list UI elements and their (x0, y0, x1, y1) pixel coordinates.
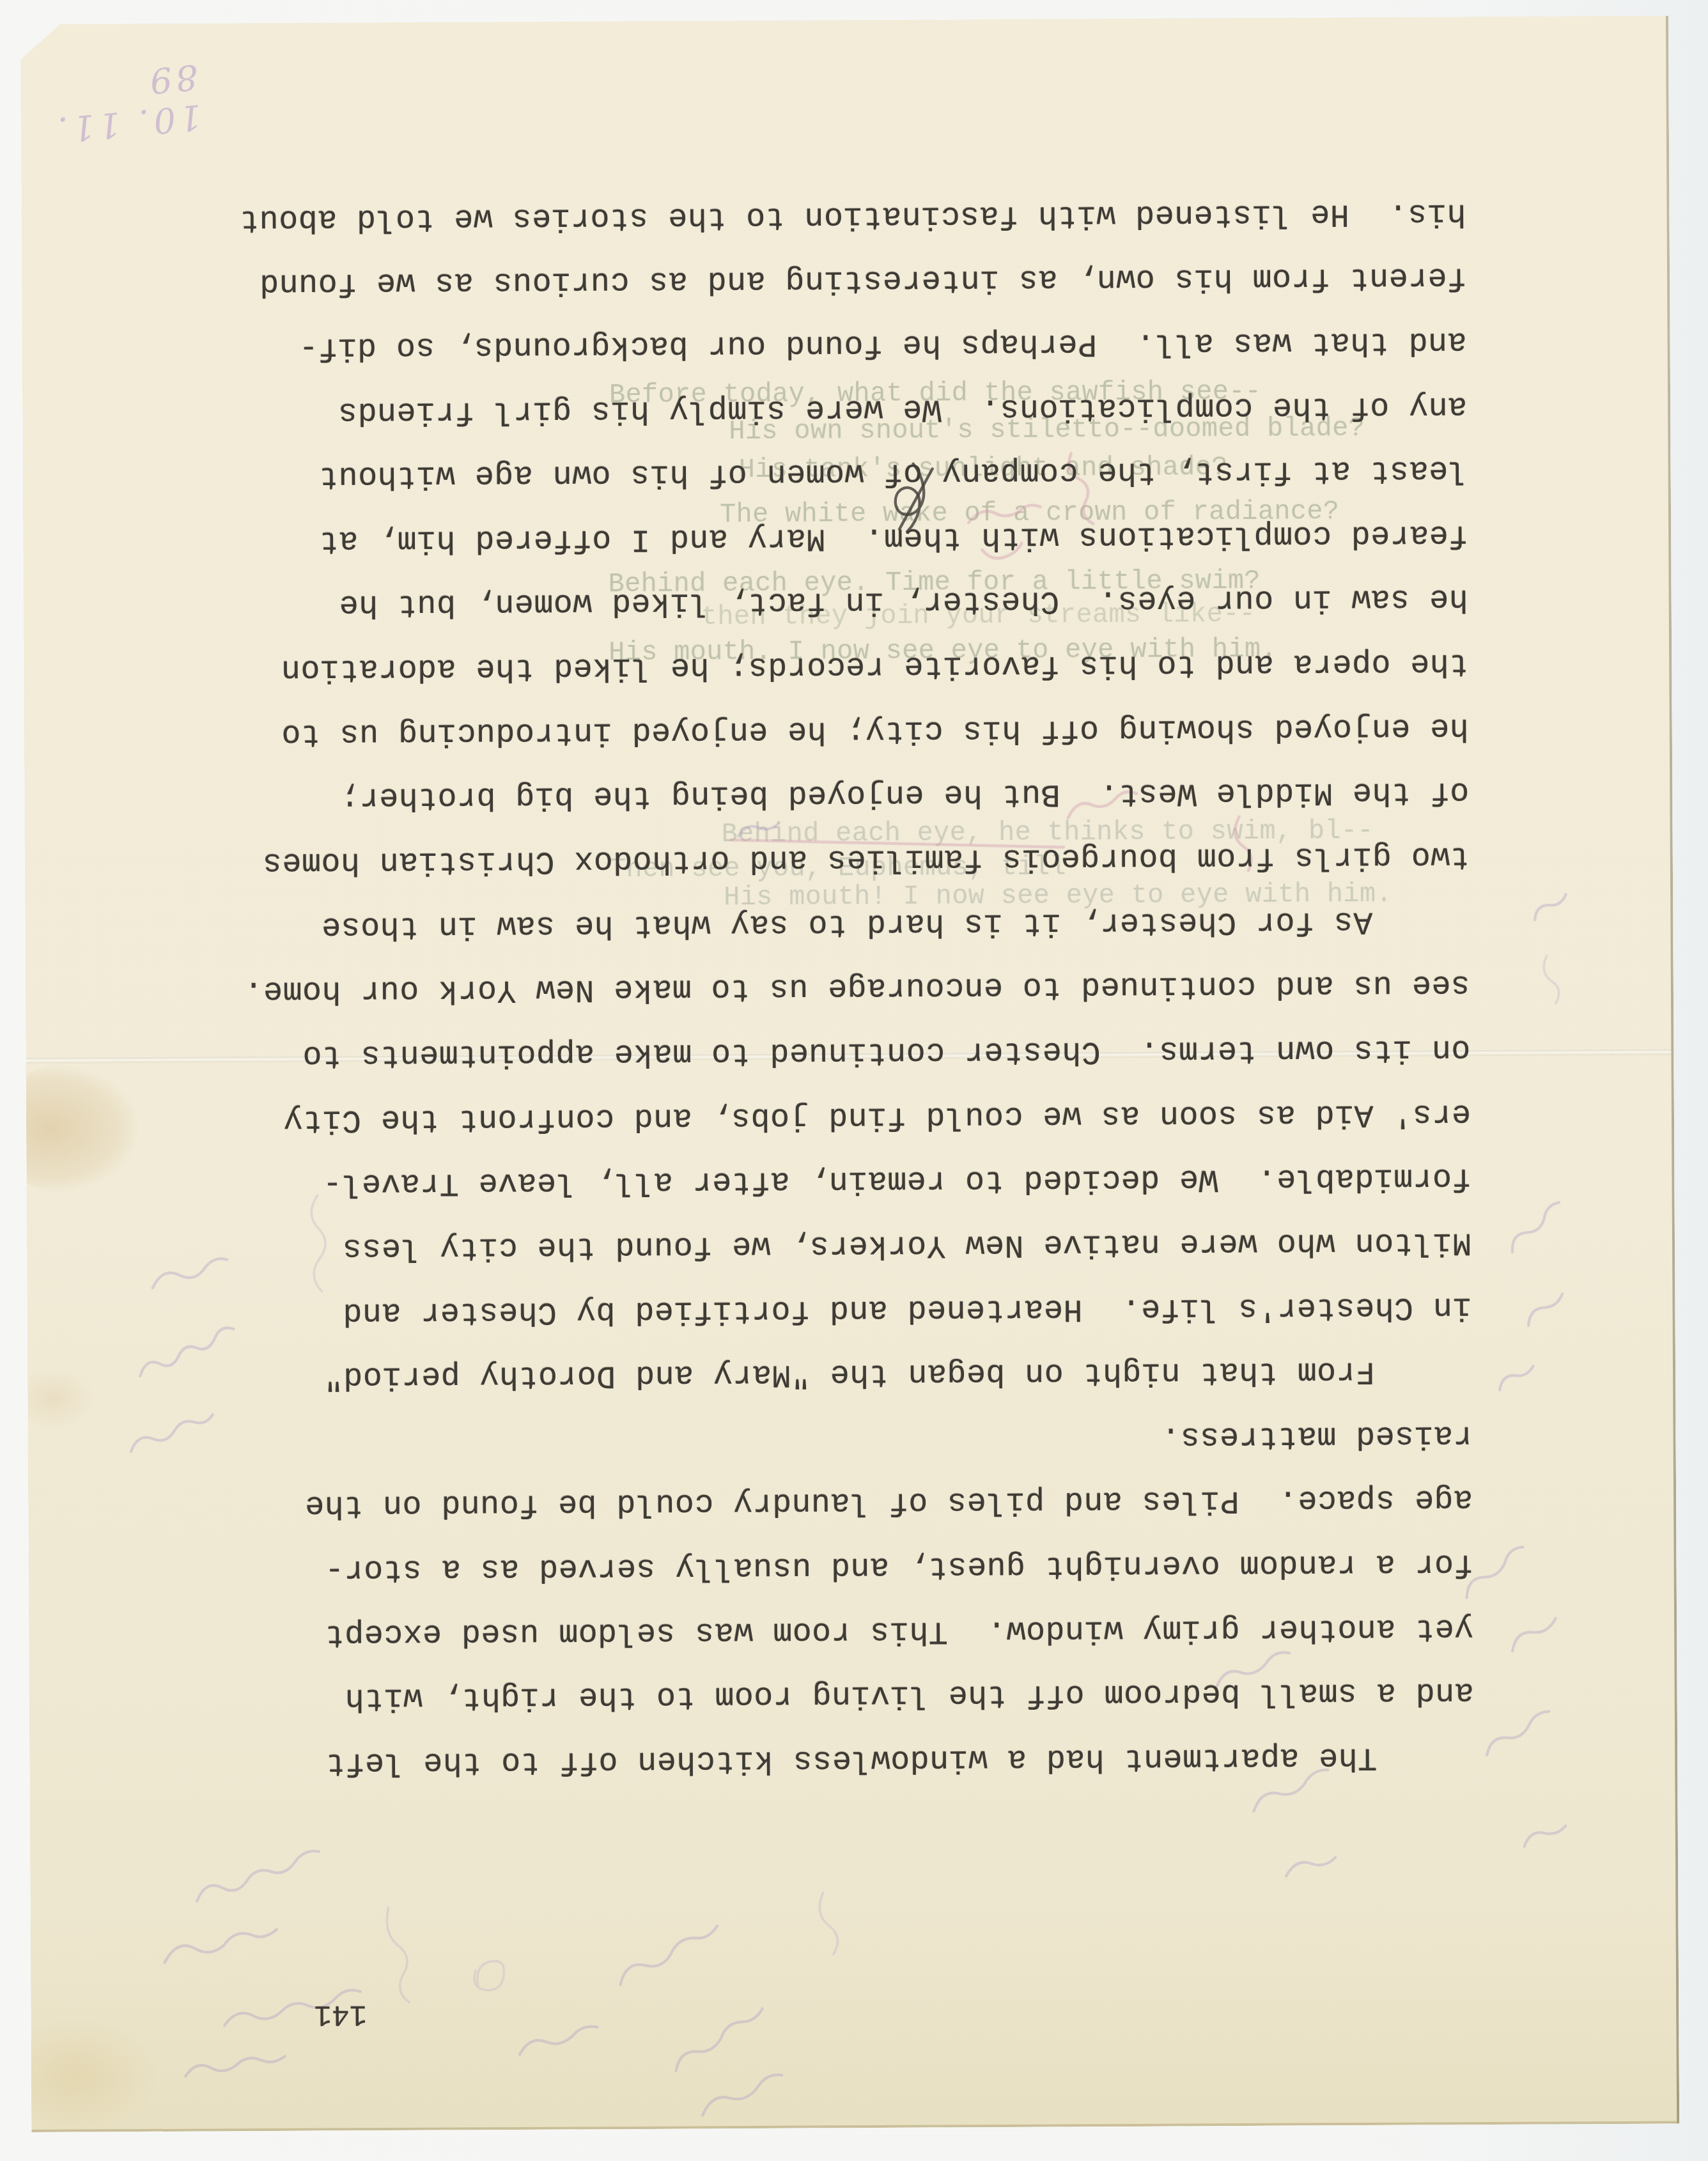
typescript-line: As for Chester, it is hard to say what h… (217, 888, 1470, 959)
typescript-page: Before today, what did the sawfish see--… (20, 16, 1679, 2132)
scanned-document: { "document": { "page_number": "141", "d… (0, 0, 1708, 2161)
typescript-line: formidable. We decided to remain, after … (218, 1145, 1471, 1216)
typescript-line: his. He listened with fascination to the… (213, 180, 1466, 251)
typescript-line: ers' Aid as soon as we could find jobs, … (218, 1081, 1471, 1152)
typescript-line: and a small bedroom off the living room … (221, 1660, 1474, 1731)
pen-circled-word: of (883, 440, 922, 505)
typescript-text: least at first, the company (922, 452, 1468, 491)
typescript-line: two girls from bourgeois families and or… (217, 824, 1470, 895)
typescript-line: From that night on began the "Mary and D… (219, 1338, 1473, 1409)
typescript-line: in Chester's life. Heartened and fortifi… (219, 1274, 1472, 1345)
typescript-line: see us and continued to encourage us to … (217, 952, 1471, 1023)
typescript-line: on its own terms. Chester continued to m… (217, 1016, 1471, 1087)
date-annotation: 10. 11. 89 (17, 57, 203, 153)
typescript-line: any of the complications. We were simply… (214, 373, 1468, 444)
typescript-line: ferent from his own, as interesting and … (213, 245, 1467, 316)
typescript-line: yet another grimy window. This room was … (221, 1595, 1474, 1666)
typescript-line: he saw in our eyes. Chester, in fact, li… (215, 566, 1468, 637)
typescript-line: The apartment had a windowless kitchen o… (221, 1724, 1475, 1795)
pen-loop-mark (862, 438, 940, 548)
typescript-text: women of his own age without (319, 455, 883, 495)
page-number: 141 (314, 1997, 367, 2031)
typescript-body: The apartment had a windowless kitchen o… (213, 180, 1474, 1795)
typescript-line: for a random overnight guest, and usuall… (220, 1531, 1473, 1602)
typescript-line: and that was all. Perhaps he found our b… (213, 309, 1467, 380)
typescript-line: he enjoyed showing off his city; he enjo… (216, 695, 1470, 766)
typescript-line: feared complications with them. Mary and… (215, 502, 1468, 573)
page-content-rotated-180: 141 The apartment had a windowless kitch… (20, 16, 1679, 2132)
typescript-line: Milton who were native New Yorkers, we f… (219, 1209, 1472, 1280)
typescript-line: of the Middle West. But he enjoyed being… (216, 759, 1470, 830)
typescript-line: age space. Piles and piles of laundry co… (220, 1467, 1473, 1538)
typescript-line-with-correction: least at first, the company of women of … (214, 438, 1468, 509)
typescript-line: raised mattress. (219, 1402, 1473, 1473)
typescript-line: the opera and to his favorite records; h… (215, 631, 1469, 702)
